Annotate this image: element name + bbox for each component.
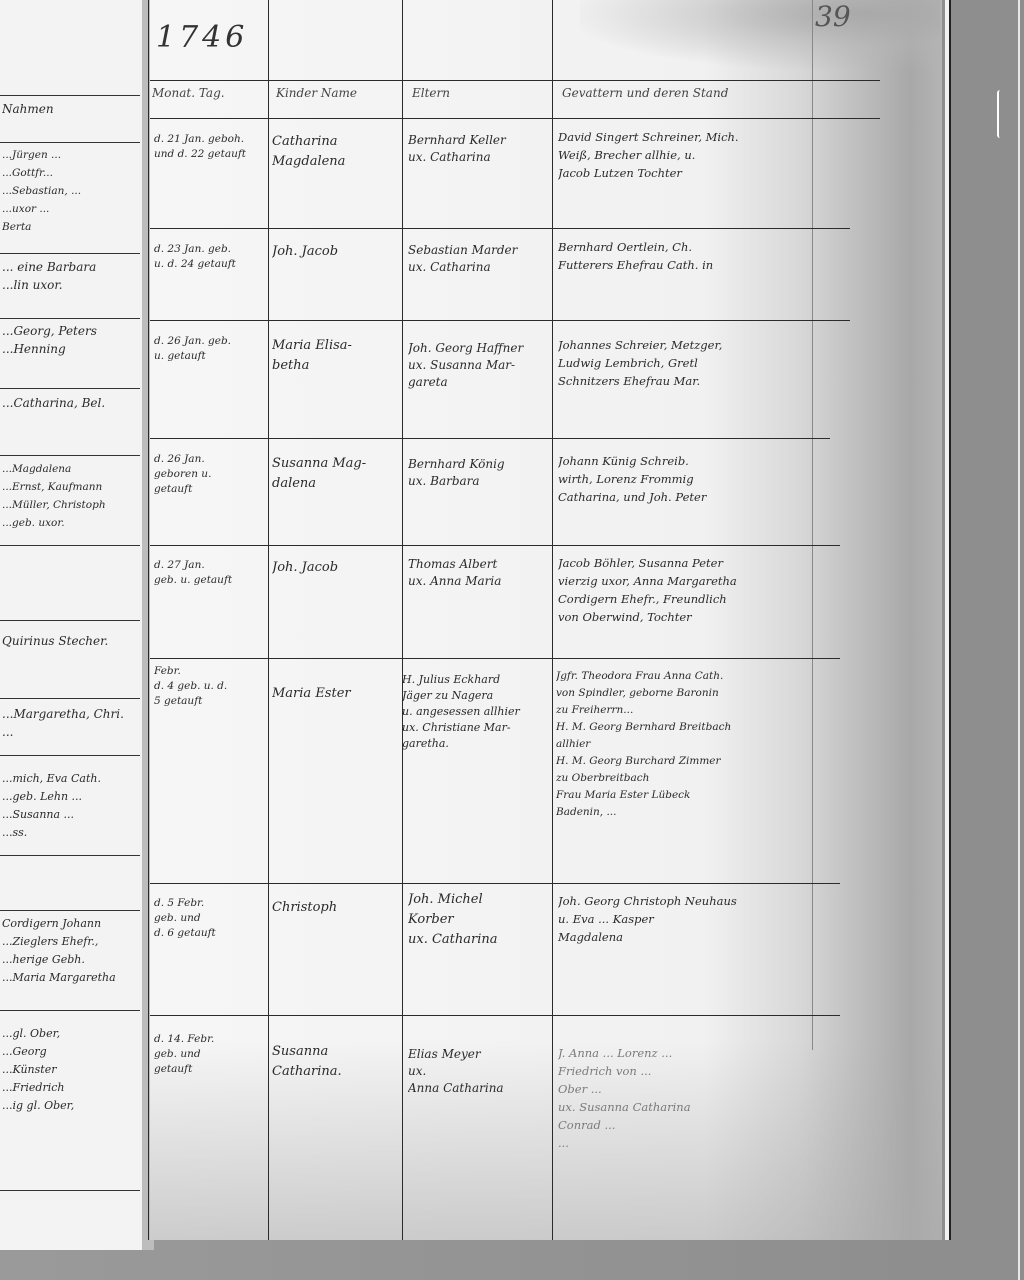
rule-line (0, 1010, 140, 1011)
left-page-entry: ...Magdalena ...Ernst, Kaufmann ...Mülle… (2, 460, 138, 532)
entry-parents: H. Julius Eckhard Jäger zu Nagera u. ang… (402, 672, 550, 752)
entry-parents: Sebastian Marder ux. Catharina (408, 242, 550, 276)
rule-line (0, 698, 140, 699)
row-rule (150, 118, 880, 119)
entry-date: d. 23 Jan. geb. u. d. 24 getauft (154, 242, 266, 272)
entry-date: d. 26 Jan. geb. u. getauft (154, 334, 266, 364)
row-rule (150, 545, 840, 546)
column-header-date: Monat. Tag. (152, 86, 266, 100)
row-rule (150, 658, 840, 659)
scanner-artifact-mark (997, 90, 1003, 138)
entry-godparents: Bernhard Oertlein, Ch. Futterers Ehefrau… (558, 238, 848, 274)
entry-child-name: Susanna Catharina. (272, 1042, 398, 1082)
entry-child-name: Maria Ester (272, 684, 398, 704)
left-page-entry: ...mich, Eva Cath. ...geb. Lehn ... ...S… (2, 770, 138, 842)
column-rule (148, 0, 149, 1240)
column-rule (552, 0, 553, 1240)
left-page-entry: ...gl. Ober, ...Georg ...Künster ...Frie… (2, 1025, 138, 1115)
page-edge (945, 0, 951, 1240)
rule-line (0, 1190, 140, 1191)
entry-date: Febr. d. 4 geb. u. d. 5 getauft (154, 664, 266, 709)
rule-line (0, 318, 140, 319)
left-page-entry: ...Catharina, Bel. (2, 394, 138, 412)
rule-line (0, 910, 140, 911)
entry-date: d. 14. Febr. geb. und getauft (154, 1032, 266, 1077)
row-rule (150, 438, 830, 439)
entry-parents: Bernhard Keller ux. Catharina (408, 132, 550, 166)
scanner-margin (948, 0, 1024, 1280)
entry-parents: Thomas Albert ux. Anna Maria (408, 556, 550, 590)
entry-godparents: Johann Künig Schreib. wirth, Lorenz From… (558, 452, 848, 506)
entry-date: d. 27 Jan. geb. u. getauft (154, 558, 266, 588)
scanner-edge (1018, 0, 1020, 1280)
entry-child-name: Joh. Jacob (272, 558, 398, 578)
entry-child-name: Catharina Magdalena (272, 132, 398, 172)
rule-line (0, 142, 140, 143)
entry-date: d. 21 Jan. geboh. und d. 22 getauft (154, 132, 266, 162)
left-page-fragment: Nahmen ...Jürgen ... ...Gottfr... ...Seb… (0, 0, 145, 1250)
rule-line (0, 620, 140, 621)
entry-child-name: Christoph (272, 898, 398, 918)
water-stain (580, 0, 940, 70)
column-header-parents: Eltern (412, 86, 548, 100)
entry-date: d. 26 Jan. geboren u. getauft (154, 452, 266, 497)
left-page-entry: ...Margaretha, Chri. ... (2, 705, 138, 741)
entry-parents: Joh. Georg Haffner ux. Susanna Mar- gare… (408, 340, 550, 391)
entry-godparents: J. Anna ... Lorenz ... Friedrich von ...… (558, 1044, 838, 1152)
header-rule (150, 80, 880, 81)
page-number-fragment: 39 (815, 0, 851, 33)
entry-date: d. 5 Febr. geb. und d. 6 getauft (154, 896, 266, 941)
left-page-entry: ...Jürgen ... ...Gottfr... ...Sebastian,… (2, 146, 138, 236)
row-rule (150, 1015, 840, 1016)
row-rule (150, 228, 850, 229)
left-page-entry: Quirinus Stecher. (2, 632, 138, 650)
left-page-entry: ...Georg, Peters ...Henning (2, 322, 138, 358)
entry-parents: Joh. Michel Korber ux. Catharina (408, 890, 550, 950)
entry-child-name: Maria Elisa- betha (272, 336, 398, 376)
entry-godparents: Joh. Georg Christoph Neuhaus u. Eva ... … (558, 892, 848, 946)
rule-line (0, 455, 140, 456)
rule-line (0, 95, 140, 96)
register-year: 1746 (156, 20, 248, 55)
row-rule (150, 320, 850, 321)
entry-child-name: Joh. Jacob (272, 242, 398, 262)
column-rule (402, 0, 403, 1240)
rule-line (0, 855, 140, 856)
entry-parents: Bernhard König ux. Barbara (408, 456, 550, 490)
left-page-entry: Cordigern Johann ...Zieglers Ehefr., ...… (2, 915, 138, 987)
entry-child-name: Susanna Mag- dalena (272, 454, 398, 494)
entry-godparents: David Singert Schreiner, Mich. Weiß, Bre… (558, 128, 848, 182)
entry-parents: Elias Meyer ux. Anna Catharina (408, 1046, 550, 1097)
column-header-child: Kinder Name (276, 86, 396, 100)
row-rule (150, 883, 840, 884)
rule-line (0, 545, 140, 546)
rule-line (0, 253, 140, 254)
left-page-entry: ... eine Barbara ...lin uxor. (2, 258, 138, 294)
left-page-header: Nahmen (2, 100, 138, 118)
column-rule (268, 0, 269, 1240)
entry-godparents: Jgfr. Theodora Frau Anna Cath. von Spind… (556, 668, 856, 821)
rule-line (0, 388, 140, 389)
entry-godparents: Johannes Schreier, Metzger, Ludwig Lembr… (558, 336, 848, 390)
rule-line (0, 755, 140, 756)
register-page: 1746 39 Monat. Tag. Kinder Name Eltern G… (150, 0, 942, 1240)
entry-godparents: Jacob Böhler, Susanna Peter vierzig uxor… (558, 554, 818, 626)
column-header-godparents: Gevattern und deren Stand (562, 86, 802, 100)
